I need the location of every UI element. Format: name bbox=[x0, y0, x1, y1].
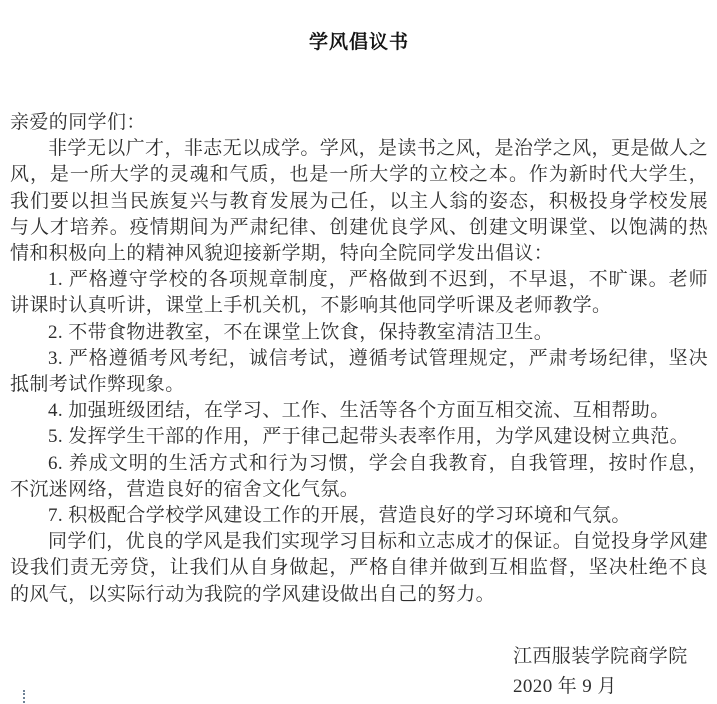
proposal-item-7: 7. 积极配合学校学风建设工作的开展，营造良好的学习环境和气氛。 bbox=[10, 503, 708, 529]
proposal-item-3: 3. 严格遵循考风考纪，诚信考试，遵循考试管理规定，严肃考场纪律，坚决抵制考试作… bbox=[10, 346, 708, 398]
document-title: 学风倡议书 bbox=[10, 30, 708, 56]
proposal-item-2: 2. 不带食物进教室，不在课堂上饮食，保持教室清洁卫生。 bbox=[10, 320, 708, 346]
proposal-item-5: 5. 发挥学生干部的作用，严于律己起带头表率作用，为学风建设树立典范。 bbox=[10, 424, 708, 450]
signature-block: 江西服装学院商学院 2020 年 9 月 bbox=[513, 642, 708, 702]
closing-paragraph: 同学们，优良的学风是我们实现学习目标和立志成才的保证。自觉投身学风建设我们责无旁… bbox=[10, 529, 708, 608]
salutation: 亲爱的同学们： bbox=[10, 110, 708, 136]
proposal-item-4: 4. 加强班级团结，在学习、工作、生活等各个方面互相交流、互相帮助。 bbox=[10, 398, 708, 424]
proposal-item-1: 1. 严格遵守学校的各项规章制度，严格做到不迟到，不早退，不旷课。老师讲课时认真… bbox=[10, 267, 708, 319]
document-page: 学风倡议书 亲爱的同学们： 非学无以广才，非志无以成学。学风，是读书之风，是治学… bbox=[0, 0, 717, 704]
intro-paragraph: 非学无以广才，非志无以成学。学风，是读书之风，是治学之风，更是做人之风，是一所大… bbox=[10, 136, 708, 267]
text-cursor-artifact bbox=[23, 690, 25, 703]
proposal-item-6: 6. 养成文明的生活方式和行为习惯，学会自我教育，自我管理，按时作息，不沉迷网络… bbox=[10, 451, 708, 503]
signature-date: 2020 年 9 月 bbox=[513, 672, 708, 702]
signature-organization: 江西服装学院商学院 bbox=[513, 642, 708, 672]
